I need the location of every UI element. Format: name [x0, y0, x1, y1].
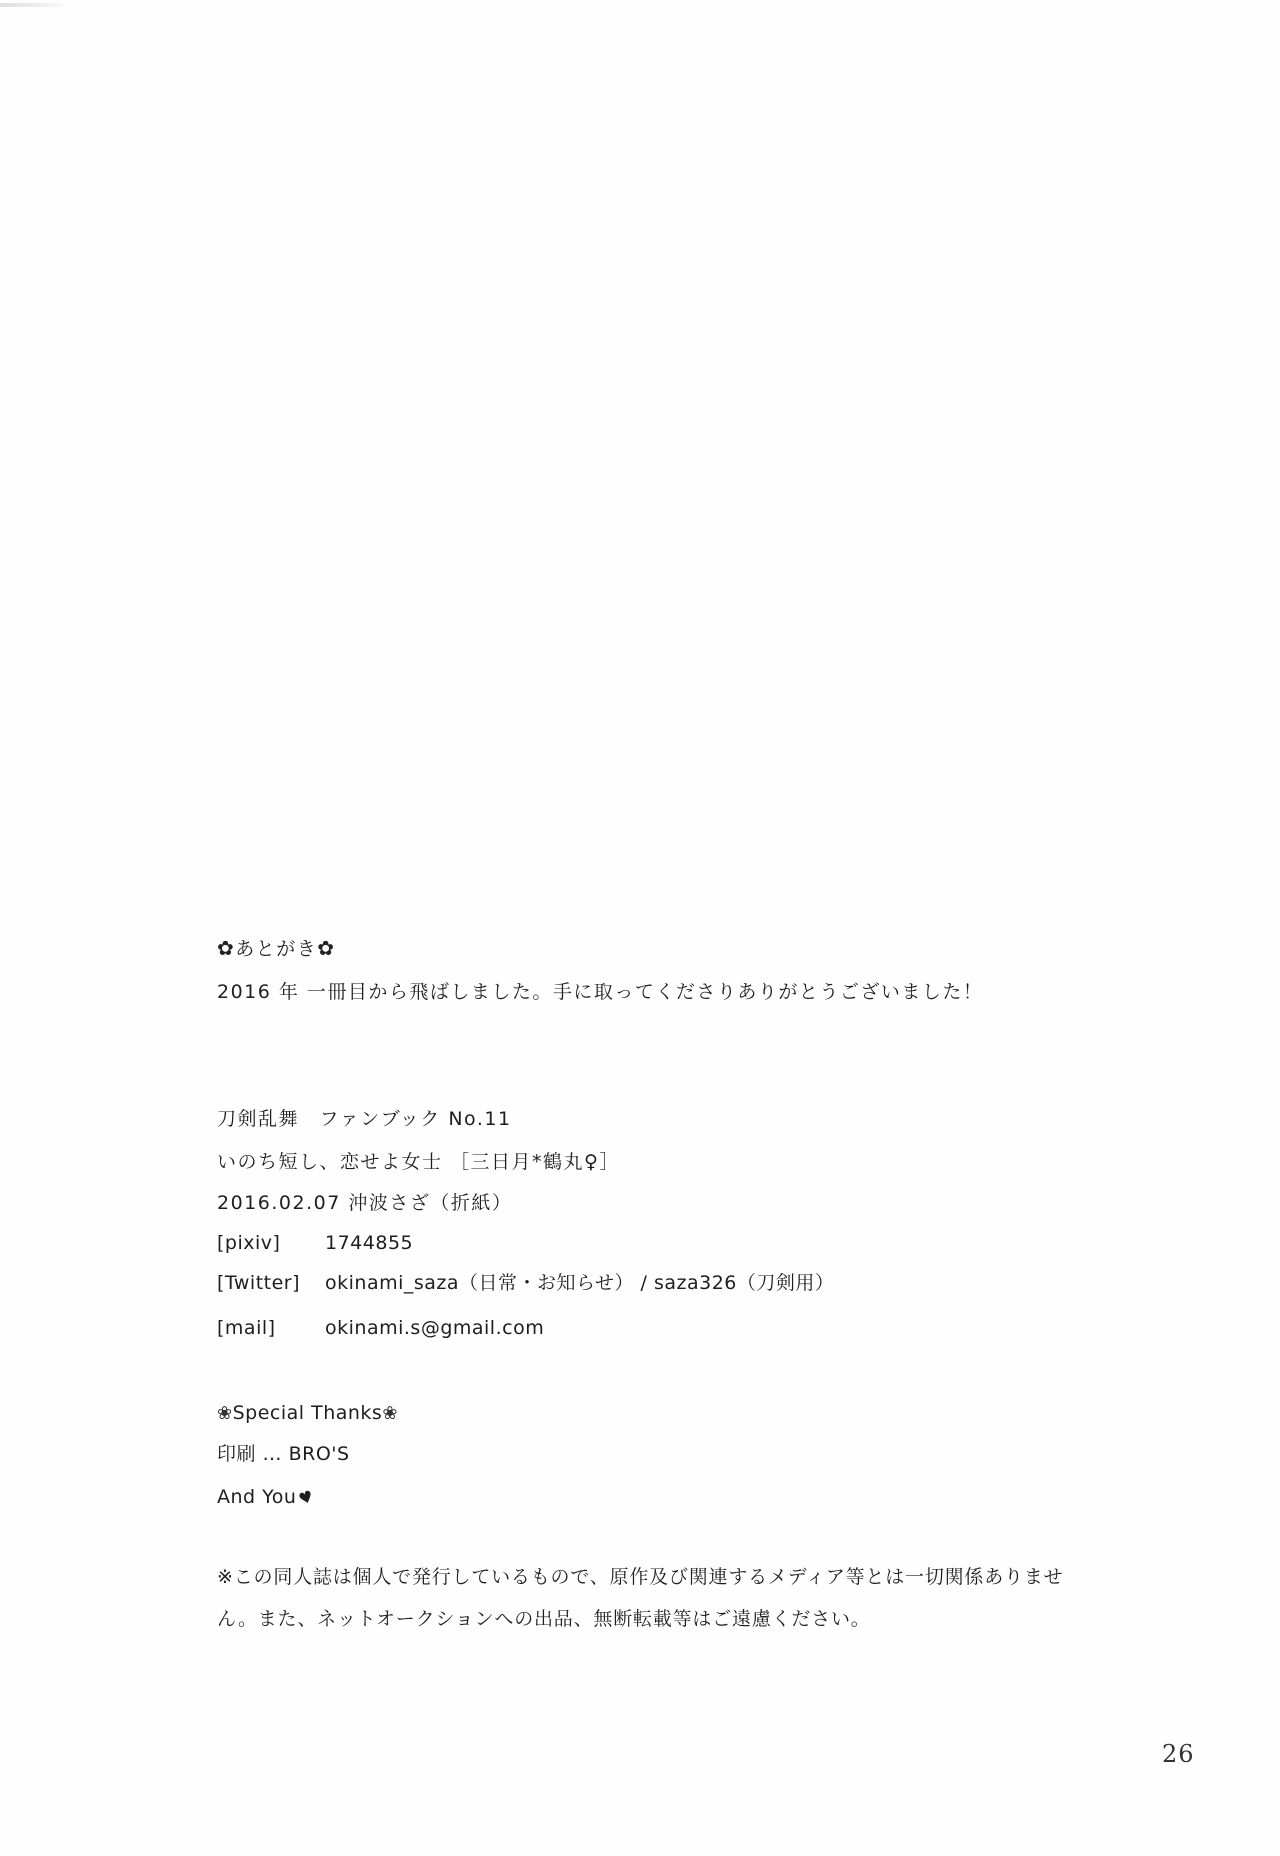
closing-text: And You	[217, 1486, 296, 1508]
afterword-heading-text: あとがき	[235, 938, 317, 960]
colophon-series: 刀剣乱舞 ファンブック No.11	[217, 1107, 512, 1131]
flower-outline-icon: ❀	[217, 1402, 233, 1426]
afterword-body: 2016 年 一冊目から飛ばしました。手に取ってくださりありがとうございました！	[217, 980, 983, 1004]
special-thanks-closing: And You♥	[217, 1485, 314, 1510]
special-thanks-printing: 印刷 … BRO'S	[217, 1442, 350, 1466]
contact-label: [Twitter]	[217, 1271, 325, 1295]
contact-mail: [mail]okinami.s@gmail.com	[217, 1316, 544, 1340]
contact-twitter: [Twitter]okinami_saza（日常・お知らせ） / saza326…	[217, 1271, 834, 1295]
special-thanks-heading: ❀Special Thanks❀	[217, 1401, 398, 1426]
contact-label: [mail]	[217, 1316, 325, 1340]
flower-outline-icon: ❀	[382, 1402, 398, 1426]
contact-pixiv: [pixiv]1744855	[217, 1231, 413, 1255]
heart-icon: ♥	[296, 1484, 318, 1512]
disclaimer-line-1: ※この同人誌は個人で発行しているもので、原作及び関連するメディア等とは一切関係あ…	[217, 1565, 1063, 1589]
disclaimer-line-2: ん。また、ネットオークションへの出品、無断転載等はご遠慮ください。	[217, 1607, 871, 1631]
page: ✿あとがき✿ 2016 年 一冊目から飛ばしました。手に取ってくださりありがとう…	[0, 0, 1280, 1856]
page-number: 26	[1162, 1740, 1195, 1768]
flower-solid-icon: ✿	[217, 936, 235, 960]
special-thanks-heading-text: Special Thanks	[233, 1402, 383, 1424]
colophon-date-author: 2016.02.07 沖波さざ（折紙）	[217, 1191, 512, 1215]
afterword-heading: ✿あとがき✿	[217, 936, 336, 961]
contact-value: okinami_saza（日常・お知らせ） / saza326（刀剣用）	[325, 1272, 834, 1294]
contact-value: okinami.s@gmail.com	[325, 1317, 544, 1339]
contact-value: 1744855	[325, 1232, 413, 1254]
contact-label: [pixiv]	[217, 1231, 325, 1255]
scan-edge-mark	[0, 3, 62, 7]
colophon-title: いのち短し、恋せよ女士 ［三日月*鶴丸♀］	[217, 1150, 620, 1174]
flower-solid-icon: ✿	[317, 936, 335, 960]
